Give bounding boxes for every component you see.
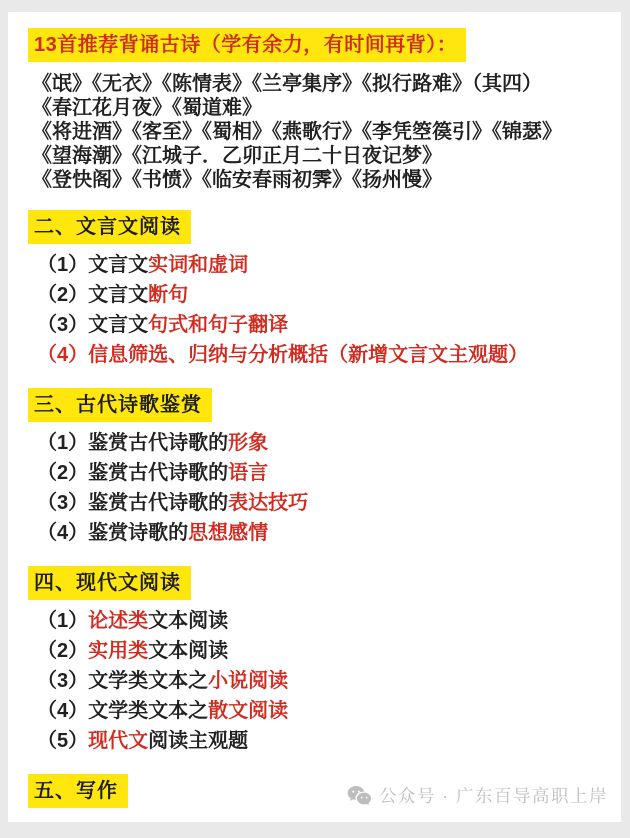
list-item-segment: （4）信息筛选、归纳与分析概括（新增文言文主观题） bbox=[37, 344, 528, 366]
poem-line: 《氓》《无衣》《陈情表》《兰亭集序》《拟行路难》（其四） bbox=[32, 72, 621, 96]
list-item-segment: （1） bbox=[37, 610, 88, 632]
section-heading: 三、古代诗歌鉴赏 bbox=[28, 388, 212, 422]
list-item: （5）现代文阅读主观题 bbox=[37, 726, 621, 756]
list-item-segment: 形象 bbox=[228, 432, 268, 454]
section: 二、文言文阅读（1）文言文实词和虚词（2）文言文断句（3）文言文句式和句子翻译（… bbox=[28, 210, 621, 370]
list-item-segment: 现代文 bbox=[88, 730, 148, 752]
list-item-segment: 实用类 bbox=[88, 640, 148, 662]
list-item-segment: （3）鉴赏古代诗歌的 bbox=[37, 492, 228, 514]
list-item-segment: 小说阅读 bbox=[208, 670, 288, 692]
list-item: （4）鉴赏诗歌的思想感情 bbox=[37, 518, 621, 548]
list-item-segment: 实词和虚词 bbox=[148, 254, 248, 276]
wechat-icon bbox=[347, 785, 372, 807]
section-item-list: （1）论述类文本阅读（2）实用类文本阅读（3）文学类文本之小说阅读（4）文学类文… bbox=[37, 606, 621, 756]
list-item-segment: 阅读主观题 bbox=[148, 730, 248, 752]
list-item: （3）文言文句式和句子翻译 bbox=[37, 310, 621, 340]
list-item-segment: 断句 bbox=[148, 284, 188, 306]
document-page: 13首推荐背诵古诗（学有余力，有时间再背）： 《氓》《无衣》《陈情表》《兰亭集序… bbox=[8, 12, 621, 822]
list-item: （2）鉴赏古代诗歌的语言 bbox=[37, 458, 621, 488]
list-item: （1）论述类文本阅读 bbox=[37, 606, 621, 636]
list-item: （3）文学类文本之小说阅读 bbox=[37, 666, 621, 696]
list-item-segment: （3）文言文 bbox=[37, 314, 148, 336]
list-item: （1）鉴赏古代诗歌的形象 bbox=[37, 428, 621, 458]
poem-list: 《氓》《无衣》《陈情表》《兰亭集序》《拟行路难》（其四）《春江花月夜》《蜀道难》… bbox=[32, 72, 621, 192]
list-item: （2）文言文断句 bbox=[37, 280, 621, 310]
poem-line: 《登快阁》《书愤》《临安春雨初霁》《扬州慢》 bbox=[32, 168, 621, 192]
poem-line: 《将进酒》《客至》《蜀相》《燕歌行》《李凭箜篌引》《锦瑟》 bbox=[32, 120, 621, 144]
list-item-segment: （4）鉴赏诗歌的 bbox=[37, 522, 188, 544]
list-item-segment: 散文阅读 bbox=[208, 700, 288, 722]
list-item-segment: （2）文言文 bbox=[37, 284, 148, 306]
list-item-segment: 文本阅读 bbox=[148, 610, 228, 632]
list-item-segment: （5） bbox=[37, 730, 88, 752]
list-item-segment: 论述类 bbox=[88, 610, 148, 632]
list-item-segment: （1）鉴赏古代诗歌的 bbox=[37, 432, 228, 454]
section-heading: 四、现代文阅读 bbox=[28, 566, 191, 600]
list-item-segment: （3）文学类文本之 bbox=[37, 670, 208, 692]
list-item-segment: 思想感情 bbox=[188, 522, 268, 544]
section-heading: 二、文言文阅读 bbox=[28, 210, 191, 244]
watermark: 公众号 · 广东百导高职上岸 bbox=[347, 783, 608, 808]
section-heading: 五、写作 bbox=[28, 774, 128, 808]
list-item: （3）鉴赏古代诗歌的表达技巧 bbox=[37, 488, 621, 518]
list-item: （4）文学类文本之散文阅读 bbox=[37, 696, 621, 726]
list-item-segment: 文本阅读 bbox=[148, 640, 228, 662]
list-item: （4）信息筛选、归纳与分析概括（新增文言文主观题） bbox=[37, 340, 621, 370]
list-item-segment: 表达技巧 bbox=[228, 492, 308, 514]
list-item-segment: 句式和句子翻译 bbox=[148, 314, 288, 336]
title-row: 13首推荐背诵古诗（学有余力，有时间再背）： bbox=[28, 28, 621, 62]
watermark-text: 公众号 · 广东百导高职上岸 bbox=[379, 783, 608, 808]
poem-line: 《春江花月夜》《蜀道难》 bbox=[32, 96, 621, 120]
section-item-list: （1）文言文实词和虚词（2）文言文断句（3）文言文句式和句子翻译（4）信息筛选、… bbox=[37, 250, 621, 370]
list-item: （2）实用类文本阅读 bbox=[37, 636, 621, 666]
list-item-segment: 语言 bbox=[228, 462, 268, 484]
poem-line: 《望海潮》《江城子．乙卯正月二十日夜记梦》 bbox=[32, 144, 621, 168]
list-item-segment: （2） bbox=[37, 640, 88, 662]
section: 三、古代诗歌鉴赏（1）鉴赏古代诗歌的形象（2）鉴赏古代诗歌的语言（3）鉴赏古代诗… bbox=[28, 388, 621, 548]
sections-container: 二、文言文阅读（1）文言文实词和虚词（2）文言文断句（3）文言文句式和句子翻译（… bbox=[28, 210, 621, 808]
list-item-segment: （1）文言文 bbox=[37, 254, 148, 276]
section: 四、现代文阅读（1）论述类文本阅读（2）实用类文本阅读（3）文学类文本之小说阅读… bbox=[28, 566, 621, 756]
list-item-segment: （4）文学类文本之 bbox=[37, 700, 208, 722]
section-item-list: （1）鉴赏古代诗歌的形象（2）鉴赏古代诗歌的语言（3）鉴赏古代诗歌的表达技巧（4… bbox=[37, 428, 621, 548]
list-item: （1）文言文实词和虚词 bbox=[37, 250, 621, 280]
page-title: 13首推荐背诵古诗（学有余力，有时间再背）： bbox=[28, 28, 466, 62]
list-item-segment: （2）鉴赏古代诗歌的 bbox=[37, 462, 228, 484]
